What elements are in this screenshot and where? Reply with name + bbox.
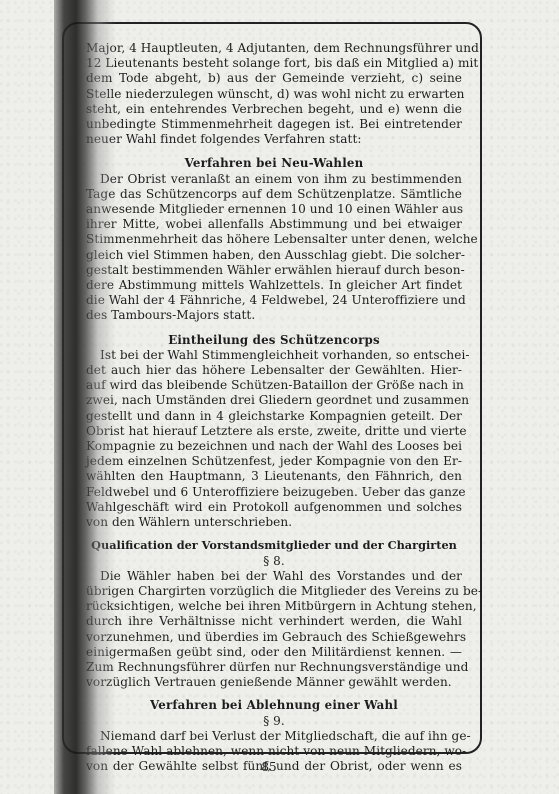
section-paragraph-qualification: Die Wähler haben bei der Wahl des Vorsta… [86, 569, 462, 691]
section-heading-eintheilung: Eintheilung des Schützencorps [86, 333, 462, 348]
text-line: rücksichtigen, welche bei ihren Mitbürge… [86, 599, 462, 614]
text-line: Der Obrist veranlaßt an einem von ihm zu… [86, 172, 462, 187]
text-line: zwei, nach Umständen drei Gliedern geord… [86, 393, 462, 408]
text-line: gestellt und dann in 4 gleichstarke Komp… [86, 409, 462, 424]
text-line: einigermaßen geübt sind, oder den Militä… [86, 645, 462, 660]
text-line: det auch hier das höhere Lebensalter der… [86, 363, 462, 378]
text-line: Zum Rechnungsführer dürfen nur Rechnungs… [86, 660, 462, 675]
text-line: fallene Wahl ablehnen, wenn nicht von ne… [86, 744, 462, 759]
text-line: gestalt bestimmenden Wähler erwählen hie… [86, 263, 462, 278]
text-line: 12 Lieutenants besteht solange fort, bis… [86, 56, 462, 71]
text-line: vorzunehmen, und überdies im Gebrauch de… [86, 630, 462, 645]
text-line: auf wird das bleibende Schützen-Bataillo… [86, 378, 462, 393]
text-line: Major, 4 Hauptleuten, 4 Adjutanten, dem … [86, 41, 462, 56]
text-line: vorzüglich Vertrauen genießende Männer g… [86, 675, 462, 690]
intro-paragraph: Major, 4 Hauptleuten, 4 Adjutanten, dem … [86, 41, 462, 147]
text-line: anwesende Mitglieder ernennen 10 und 10 … [86, 202, 462, 217]
text-line: dere Abstimmung mittels Wahlzettels. In … [86, 278, 462, 293]
text-line: steht, ein entehrendes Verbrechen begeht… [86, 102, 462, 117]
text-line: neuer Wahl findet folgendes Verfahren st… [86, 132, 462, 147]
text-line: durch ihre Verhältnisse nicht verhindert… [86, 614, 462, 629]
text-line: wählten den Hauptmann, 3 Lieutenants, de… [86, 469, 462, 484]
text-line: des Tambours-Majors statt. [86, 308, 462, 323]
section-paragraph-neu-wahlen: Der Obrist veranlaßt an einem von ihm zu… [86, 172, 462, 324]
text-line: Die Wähler haben bei der Wahl des Vorsta… [86, 569, 462, 584]
text-line: Niemand darf bei Verlust der Mitgliedsch… [86, 729, 462, 744]
text-line: jedem einzelnen Schützenfest, jeder Komp… [86, 454, 462, 469]
text-line: Feldwebel und 6 Unteroffiziere beizugebe… [86, 485, 462, 500]
section-heading-qualification: Qualification der Vorstandsmitglieder un… [86, 538, 462, 553]
text-line: Ist bei der Wahl Stimmengleichheit vorha… [86, 348, 462, 363]
text-line: unbedingte Stimmenmehrheit dagegen ist. … [86, 117, 462, 132]
section-paragraph-eintheilung: Ist bei der Wahl Stimmengleichheit vorha… [86, 348, 462, 530]
text-line: Obrist hat hierauf Letztere als erste, z… [86, 424, 462, 439]
page-number: 85 [254, 760, 284, 774]
text-line: dem Tode abgeht, b) aus der Gemeinde ver… [86, 71, 462, 86]
text-line: Stimmenmehrheit das höhere Lebensalter u… [86, 232, 462, 247]
text-line: übrigen Chargirten vorzüglich die Mitgli… [86, 584, 462, 599]
text-line: ihrer Mitte, wobei allenfalls Abstimmung… [86, 217, 462, 232]
text-line: von den Wählern unterschrieben. [86, 515, 462, 530]
section-heading-neu-wahlen: Verfahren bei Neu-Wahlen [86, 156, 462, 171]
section-heading-ablehnung: Verfahren bei Ablehnung einer Wahl [86, 698, 462, 713]
text-line: Kompagnie zu bezeichnen und nach der Wah… [86, 439, 462, 454]
paragraph-sign-8: § 8. [86, 554, 462, 569]
paragraph-sign-9: § 9. [86, 714, 462, 729]
text-line: Tage das Schützencorps auf dem Schützenp… [86, 187, 462, 202]
page-content: Major, 4 Hauptleuten, 4 Adjutanten, dem … [86, 41, 462, 774]
text-line: die Wahl der 4 Fähnriche, 4 Feldwebel, 2… [86, 293, 462, 308]
text-line: Wahlgeschäft wird ein Protokoll aufgenom… [86, 500, 462, 515]
text-line: gleich viel Stimmen haben, den Ausschlag… [86, 248, 462, 263]
text-line: Stelle niederzulegen wünscht, d) was woh… [86, 87, 462, 102]
